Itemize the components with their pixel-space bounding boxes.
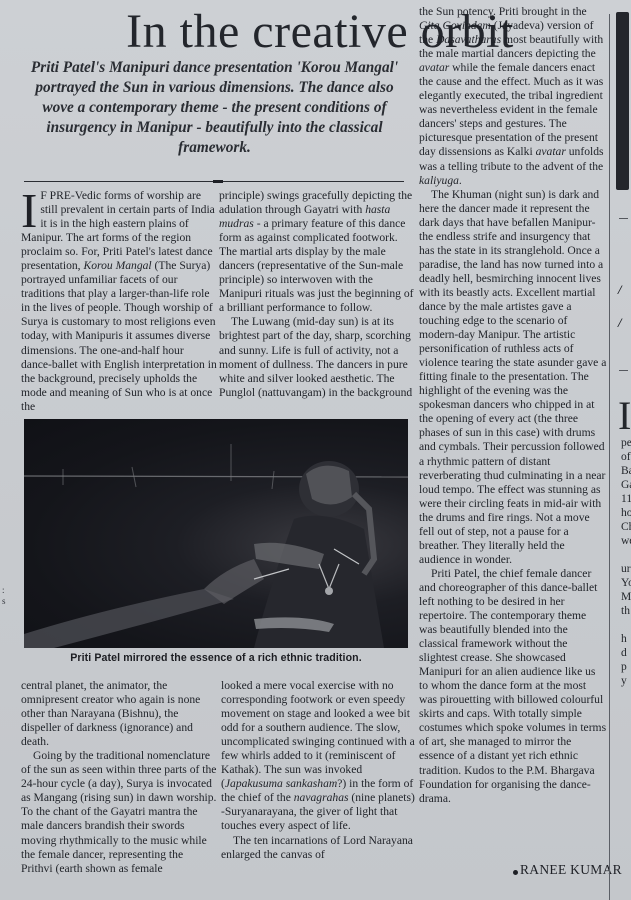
column-rule (609, 14, 610, 900)
text: - a primary feature of this dance form a… (219, 217, 414, 314)
margin-marks: :s (2, 585, 6, 607)
newspaper-page: In the creative orbit Priti Patel's Mani… (0, 0, 631, 900)
paragraph: the Sun potency. Priti brought in the Gi… (419, 5, 607, 188)
column-2-top: principle) swings gracefully depicting t… (219, 189, 415, 400)
paragraph: Priti Patel, the chief female dancer and… (419, 567, 607, 806)
italic-term: Gita Govindam (419, 19, 491, 32)
italic-term: avatar (419, 61, 449, 74)
deck-summary: Priti Patel's Manipuri dance presentatio… (22, 58, 407, 158)
column-2-bottom: looked a mere vocal exercise with no cor… (221, 679, 417, 862)
paragraph: Going by the traditional nomenclature of… (21, 749, 217, 875)
text: (The Surya) portrayed unfamiliar facets … (21, 259, 217, 412)
deck-divider-mark (213, 180, 223, 183)
italic-term: Dasavatharas (436, 33, 501, 46)
paragraph: The ten incarnations of Lord Narayana en… (221, 834, 417, 862)
bullet-icon (513, 870, 518, 875)
italic-title: Korou Mangal (83, 259, 151, 272)
byline: RANEE KUMAR (513, 862, 622, 878)
column-1-top: IF PRE-Vedic forms of worship are still … (21, 189, 217, 414)
paragraph: IF PRE-Vedic forms of worship are still … (21, 189, 217, 414)
text: the Sun potency. Priti brought in the (419, 5, 587, 18)
italic-term: navagrahas (294, 791, 349, 804)
italic-term: Japakusuma sankasham (225, 777, 337, 790)
author-name: RANEE KUMAR (520, 862, 622, 877)
italic-term: kaliyuga (419, 174, 459, 187)
column-1-bottom: central planet, the animator, the omnipr… (21, 679, 217, 876)
paragraph: The Khuman (night sun) is dark and here … (419, 188, 607, 567)
adjacent-drop-cap: I (618, 398, 631, 434)
paragraph: The Luwang (mid-day sun) is at its brigh… (219, 315, 415, 399)
adjacent-article-fragment: I pe of Ba Ga 11 ho Ch we ur Yo M th h d… (612, 0, 631, 900)
text: looked a mere vocal exercise with no cor… (221, 679, 415, 790)
drop-cap: I (21, 191, 37, 230)
text: . (459, 174, 462, 187)
column-3: the Sun potency. Priti brought in the Gi… (419, 5, 607, 806)
text: while the female dancers enact the cause… (419, 61, 603, 158)
photo-caption: Priti Patel mirrored the essence of a ri… (24, 652, 408, 664)
paragraph: principle) swings gracefully depicting t… (219, 189, 415, 315)
dancer-photo (24, 419, 408, 648)
photo-image (24, 419, 408, 648)
paragraph: looked a mere vocal exercise with no cor… (221, 679, 417, 834)
adjacent-text-lines: pe of Ba Ga 11 ho Ch we ur Yo M th h d p… (621, 436, 631, 688)
paragraph: central planet, the animator, the omnipr… (21, 679, 217, 749)
italic-term: avatar (536, 145, 566, 158)
